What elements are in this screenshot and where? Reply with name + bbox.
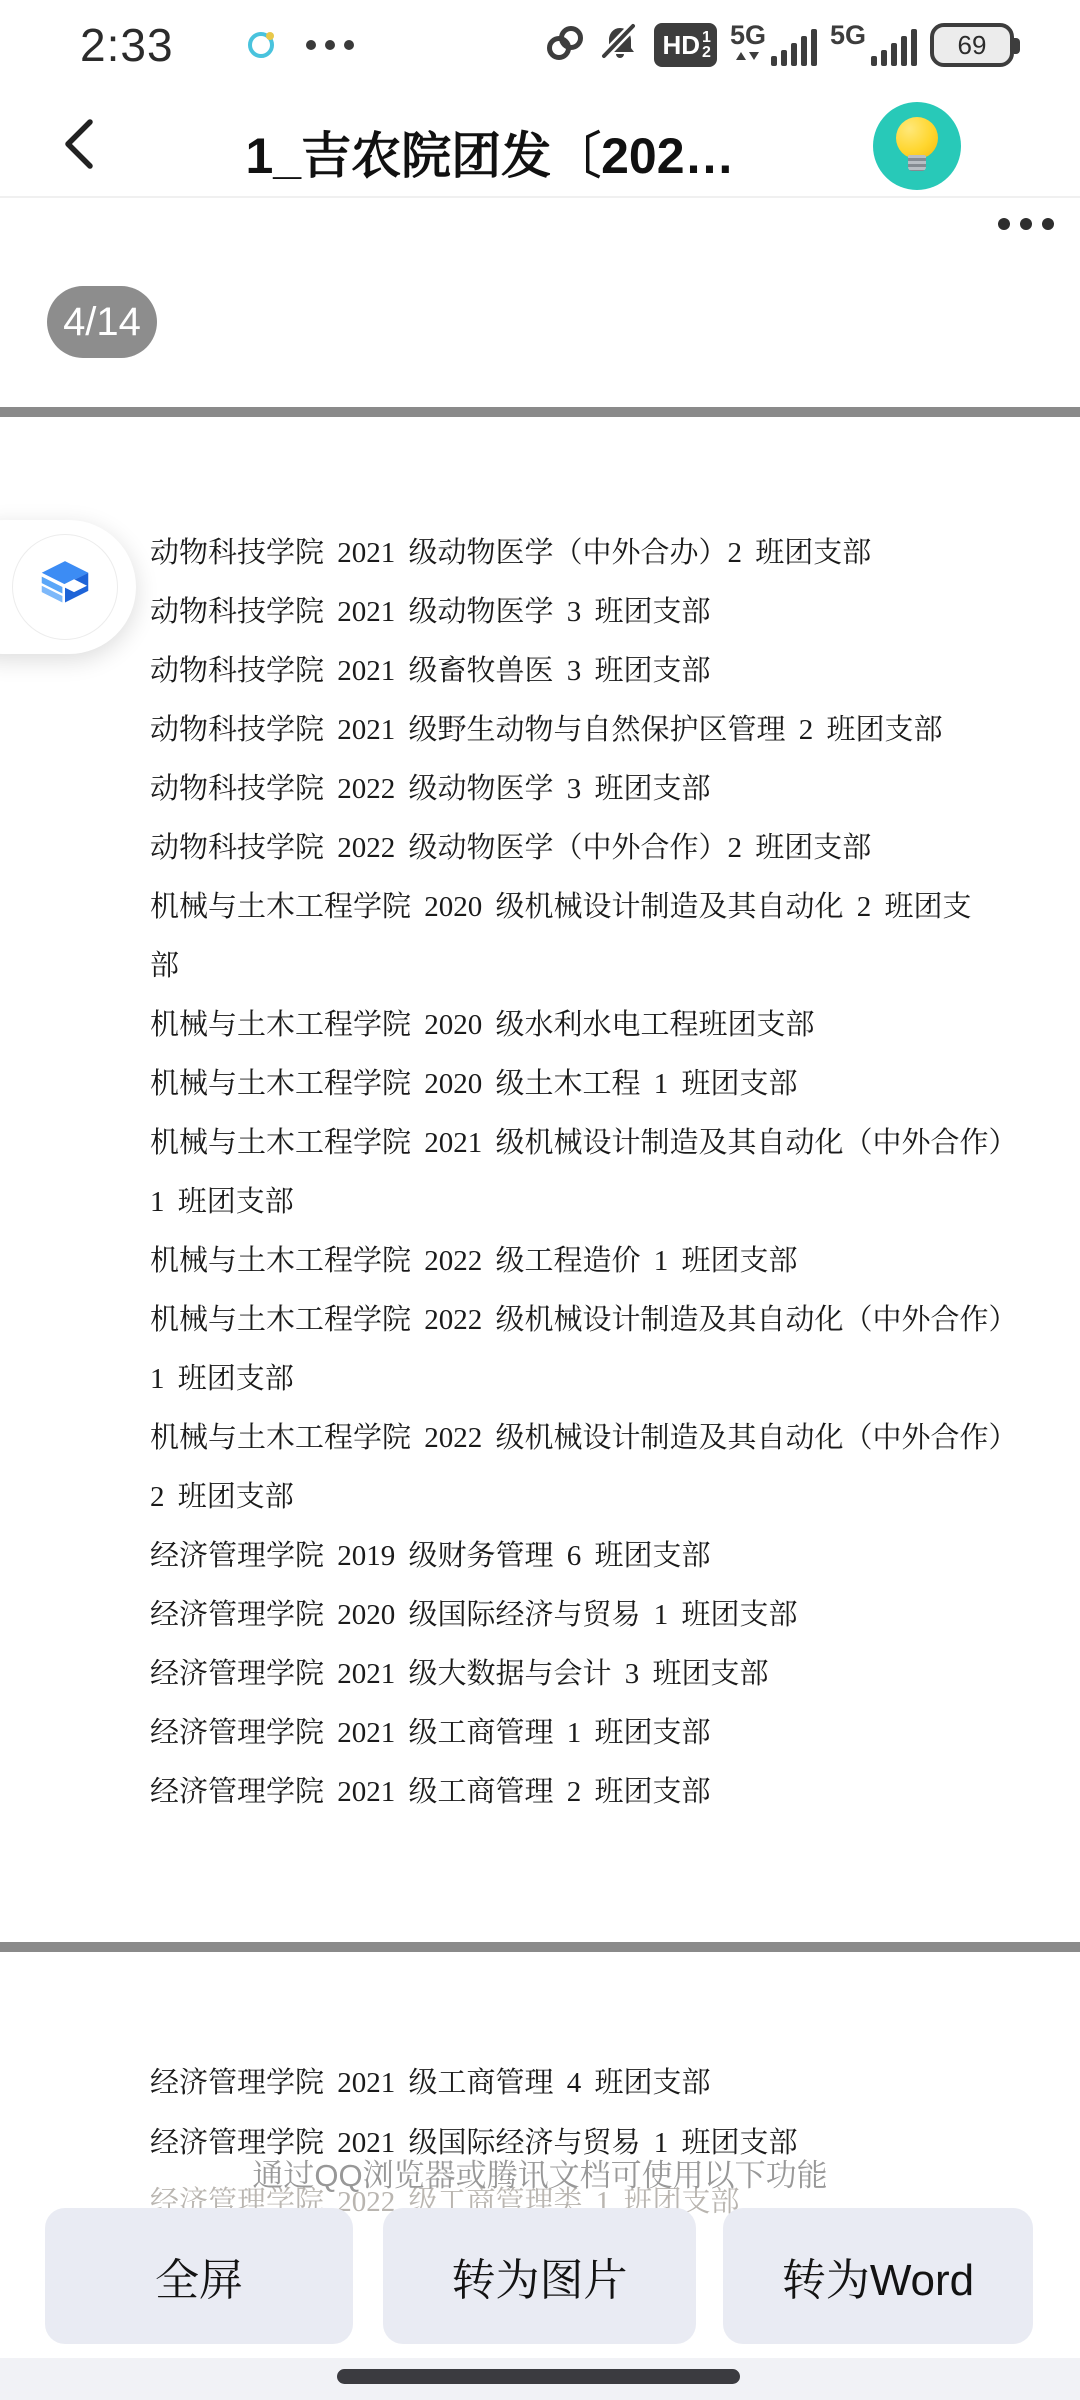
- document-line: 机械与土木工程学院 2022 级机械设计制造及其自动化（中外合作）: [150, 1415, 1020, 1459]
- document-line: 机械与土木工程学院 2020 级水利水电工程班团支部: [150, 1002, 1020, 1046]
- floating-docs-widget[interactable]: [0, 520, 136, 654]
- fullscreen-button[interactable]: 全屏: [45, 2208, 353, 2344]
- page-divider-bottom: [0, 1942, 1080, 1952]
- document-line: 动物科技学院 2022 级动物医学 3 班团支部: [150, 766, 1020, 810]
- document-line: 经济管理学院 2021 级工商管理 4 班团支部: [150, 2060, 1020, 2104]
- document-line: 动物科技学院 2022 级动物医学（中外合作）2 班团支部: [150, 825, 1020, 869]
- document-line: 机械与土木工程学院 2020 级土木工程 1 班团支部: [150, 1061, 1020, 1105]
- promo-hint-text: 通过QQ浏览器或腾讯文档可使用以下功能: [0, 2150, 1080, 2195]
- document-line: 2 班团支部: [150, 1474, 1020, 1518]
- document-line: 经济管理学院 2020 级国际经济与贸易 1 班团支部: [150, 1592, 1020, 1636]
- document-line: 经济管理学院 2021 级工商管理 2 班团支部: [150, 1769, 1020, 1813]
- document-line: 机械与土木工程学院 2020 级机械设计制造及其自动化 2 班团支: [150, 884, 1020, 928]
- document-line: 经济管理学院 2021 级工商管理 1 班团支部: [150, 1710, 1020, 1754]
- document-line: 1 班团支部: [150, 1179, 1020, 1223]
- document-line: 经济管理学院 2019 级财务管理 6 班团支部: [150, 1533, 1020, 1577]
- document-line: 动物科技学院 2021 级动物医学 3 班团支部: [150, 589, 1020, 633]
- document-line: 动物科技学院 2021 级动物医学（中外合办）2 班团支部: [150, 530, 1020, 574]
- document-scroll-area[interactable]: 动物科技学院 2021 级动物医学（中外合办）2 班团支部动物科技学院 2021…: [0, 0, 1080, 2400]
- document-line: 动物科技学院 2021 级畜牧兽医 3 班团支部: [150, 648, 1020, 692]
- convert-to-image-button[interactable]: 转为图片: [383, 2208, 696, 2344]
- action-bar: 全屏 转为图片 转为Word: [0, 2208, 1080, 2344]
- home-indicator[interactable]: [337, 2369, 740, 2384]
- document-line: 动物科技学院 2021 级野生动物与自然保护区管理 2 班团支部: [150, 707, 1020, 751]
- document-line: 机械与土木工程学院 2022 级机械设计制造及其自动化（中外合作）: [150, 1297, 1020, 1341]
- document-line: 机械与土木工程学院 2022 级工程造价 1 班团支部: [150, 1238, 1020, 1282]
- convert-to-word-button[interactable]: 转为Word: [723, 2208, 1033, 2344]
- gesture-bar-area: [0, 2358, 1080, 2400]
- document-line: 部: [150, 943, 1020, 987]
- document-line: 1 班团支部: [150, 1356, 1020, 1400]
- document-line: 机械与土木工程学院 2021 级机械设计制造及其自动化（中外合作）: [150, 1120, 1020, 1164]
- document-line: 经济管理学院 2021 级大数据与会计 3 班团支部: [150, 1651, 1020, 1695]
- docs-cube-icon: [12, 534, 118, 640]
